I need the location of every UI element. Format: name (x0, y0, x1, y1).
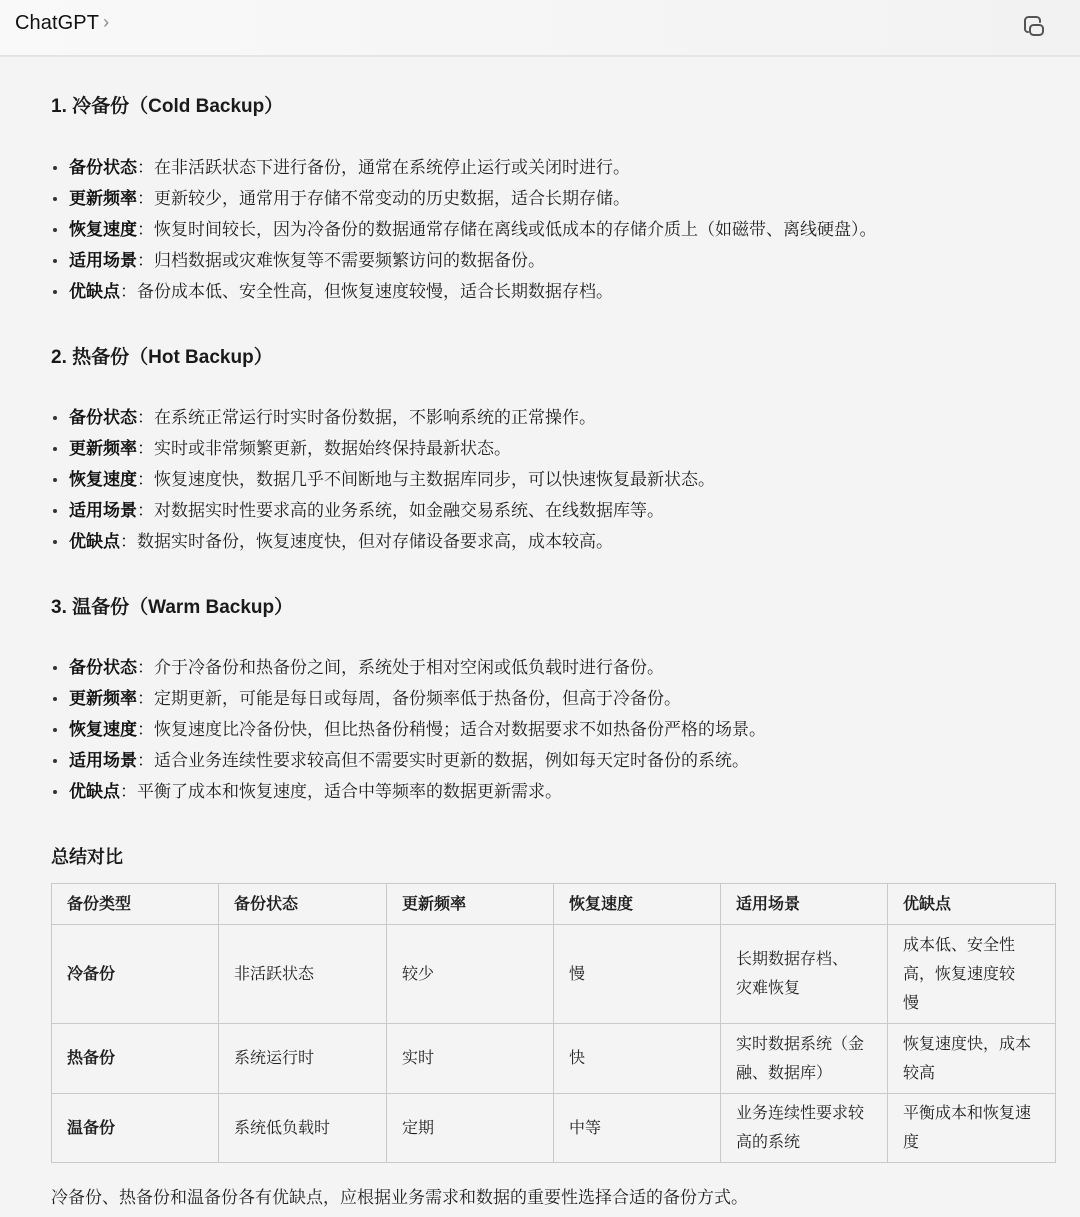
bullet-icon (53, 478, 57, 482)
table-row: 温备份 系统低负载时 定期 中等 业务连续性要求较高的系统 平衡成本和恢复速度 (52, 1094, 1056, 1163)
list-item: 优缺点：数据实时备份，恢复速度快，但对存储设备要求高，成本较高。 (51, 526, 715, 557)
bullet-icon (53, 416, 57, 420)
list-item: 更新频率：定期更新，可能是每日或每周，备份频率低于热备份，但高于冷备份。 (51, 683, 766, 714)
list-item: 优缺点：备份成本低、安全性高，但恢复速度较慢，适合长期数据存档。 (51, 276, 877, 307)
section-title-cold-backup: 1. 冷备份（Cold Backup） (51, 91, 283, 118)
bullet-icon (53, 197, 57, 201)
hot-backup-list: 备份状态：在系统正常运行时实时备份数据，不影响系统的正常操作。 更新频率：实时或… (51, 402, 715, 557)
table-cell: 温备份 (52, 1094, 219, 1163)
model-selector[interactable]: ChatGPT › (15, 12, 109, 35)
table-cell: 成本低、安全性高，恢复速度较慢 (888, 925, 1056, 1024)
column-header: 备份类型 (52, 884, 219, 925)
list-item: 适用场景：对数据实时性要求高的业务系统，如金融交易系统、在线数据库等。 (51, 495, 715, 526)
table-cell: 系统低负载时 (219, 1094, 387, 1163)
bullet-icon (53, 166, 57, 170)
list-item: 适用场景：归档数据或灾难恢复等不需要频繁访问的数据备份。 (51, 245, 877, 276)
table-header-row: 备份类型 备份状态 更新频率 恢复速度 适用场景 优缺点 (52, 884, 1056, 925)
table-cell: 快 (554, 1024, 721, 1094)
table-cell: 实时 (387, 1024, 554, 1094)
table-cell: 平衡成本和恢复速度 (888, 1094, 1056, 1163)
table-cell: 恢复速度快，成本较高 (888, 1024, 1056, 1094)
table-cell: 非活跃状态 (219, 925, 387, 1024)
table-cell: 中等 (554, 1094, 721, 1163)
column-header: 适用场景 (721, 884, 888, 925)
bullet-icon (53, 759, 57, 763)
list-item: 备份状态：在系统正常运行时实时备份数据，不影响系统的正常操作。 (51, 402, 715, 433)
list-item: 恢复速度：恢复速度比冷备份快，但比热备份稍慢；适合对数据要求不如热备份严格的场景… (51, 714, 766, 745)
warm-backup-list: 备份状态：介于冷备份和热备份之间，系统处于相对空闲或低负载时进行备份。 更新频率… (51, 652, 766, 807)
column-header: 备份状态 (219, 884, 387, 925)
list-item: 优缺点：平衡了成本和恢复速度，适合中等频率的数据更新需求。 (51, 776, 766, 807)
table-cell: 系统运行时 (219, 1024, 387, 1094)
list-item: 恢复速度：恢复时间较长，因为冷备份的数据通常存储在离线或低成本的存储介质上（如磁… (51, 214, 877, 245)
summary-title: 总结对比 (51, 843, 123, 869)
section-title-hot-backup: 2. 热备份（Hot Backup） (51, 342, 273, 369)
section-title-warm-backup: 3. 温备份（Warm Backup） (51, 592, 293, 619)
table-cell: 长期数据存档、灾难恢复 (721, 925, 888, 1024)
list-item: 恢复速度：恢复速度快，数据几乎不间断地与主数据库同步，可以快速恢复最新状态。 (51, 464, 715, 495)
column-header: 恢复速度 (554, 884, 721, 925)
comparison-table: 备份类型 备份状态 更新频率 恢复速度 适用场景 优缺点 冷备份 非活跃状态 较… (51, 883, 1056, 1163)
bullet-icon (53, 697, 57, 701)
list-item: 适用场景：适合业务连续性要求较高但不需要实时更新的数据，例如每天定时备份的系统。 (51, 745, 766, 776)
chevron-right-icon: › (103, 12, 109, 33)
table-cell: 热备份 (52, 1024, 219, 1094)
bullet-icon (53, 540, 57, 544)
table-row: 冷备份 非活跃状态 较少 慢 长期数据存档、灾难恢复 成本低、安全性高，恢复速度… (52, 925, 1056, 1024)
bullet-icon (53, 728, 57, 732)
column-header: 优缺点 (888, 884, 1056, 925)
bullet-icon (53, 228, 57, 232)
list-item: 更新频率：实时或非常频繁更新，数据始终保持最新状态。 (51, 433, 715, 464)
new-chat-icon (1016, 11, 1048, 43)
column-header: 更新频率 (387, 884, 554, 925)
table-cell: 实时数据系统（金融、数据库） (721, 1024, 888, 1094)
bullet-icon (53, 790, 57, 794)
bullet-icon (53, 447, 57, 451)
list-item: 更新频率：更新较少，通常用于存储不常变动的历史数据，适合长期存储。 (51, 183, 877, 214)
table-cell: 定期 (387, 1094, 554, 1163)
app-title: ChatGPT (15, 12, 99, 35)
new-chat-button[interactable] (1016, 11, 1048, 43)
table-cell: 慢 (554, 925, 721, 1024)
cold-backup-list: 备份状态：在非活跃状态下进行备份，通常在系统停止运行或关闭时进行。 更新频率：更… (51, 152, 877, 307)
list-item: 备份状态：介于冷备份和热备份之间，系统处于相对空闲或低负载时进行备份。 (51, 652, 766, 683)
table-cell: 较少 (387, 925, 554, 1024)
bullet-icon (53, 509, 57, 513)
table-cell: 冷备份 (52, 925, 219, 1024)
conclusion-text: 冷备份、热备份和温备份各有优缺点，应根据业务需求和数据的重要性选择合适的备份方式… (51, 1183, 748, 1208)
bullet-icon (53, 666, 57, 670)
list-item: 备份状态：在非活跃状态下进行备份，通常在系统停止运行或关闭时进行。 (51, 152, 877, 183)
table-row: 热备份 系统运行时 实时 快 实时数据系统（金融、数据库） 恢复速度快，成本较高 (52, 1024, 1056, 1094)
bullet-icon (53, 290, 57, 294)
table-cell: 业务连续性要求较高的系统 (721, 1094, 888, 1163)
bullet-icon (53, 259, 57, 263)
top-bar: ChatGPT › (0, 0, 1080, 57)
